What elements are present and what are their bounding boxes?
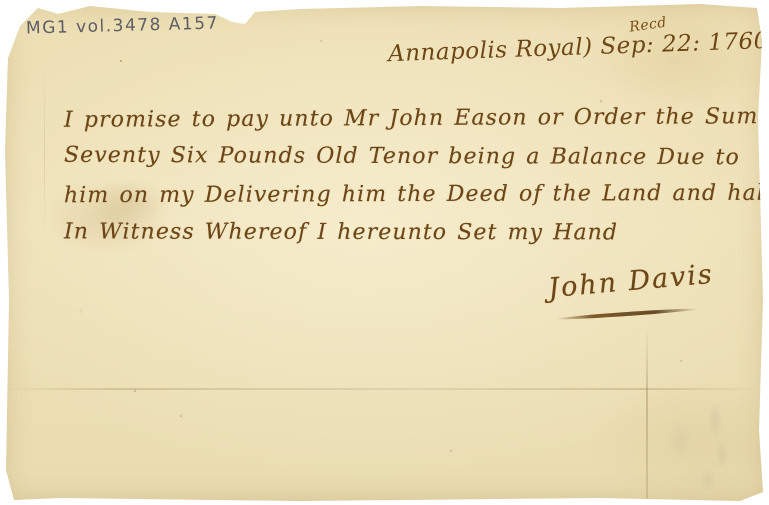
body-line: him on my Delivering him the Deed of the… [64,175,754,215]
document-scan: MG1 vol.3478 A157 Recd Annapolis Royal) … [0,0,769,505]
ink-showthrough [660,395,760,495]
dateline: Recd Annapolis Royal) Sep: 22: 1760 — [388,27,769,67]
paper-sheet: MG1 vol.3478 A157 Recd Annapolis Royal) … [0,0,769,505]
promissory-note-body: I promise to pay unto Mr John Eason or O… [64,100,754,252]
dateline-place: Annapolis Royal) [388,34,593,67]
body-line: In Witness Whereof I hereunto Set my Han… [64,213,754,252]
vertical-crease [646,325,648,501]
body-line: Seventy Six Pounds Old Tenor being a Bal… [64,137,754,177]
signature: John Davis [547,259,715,304]
dateline-date: Sep: 22: 1760 — [600,27,769,60]
left-fold-crease [44,60,45,240]
body-line: I promise to pay unto Mr John Eason or O… [64,98,754,140]
foxing-specks [120,60,122,62]
archival-reference-note: MG1 vol.3478 A157 [26,13,219,38]
signature-flourish [556,307,698,321]
